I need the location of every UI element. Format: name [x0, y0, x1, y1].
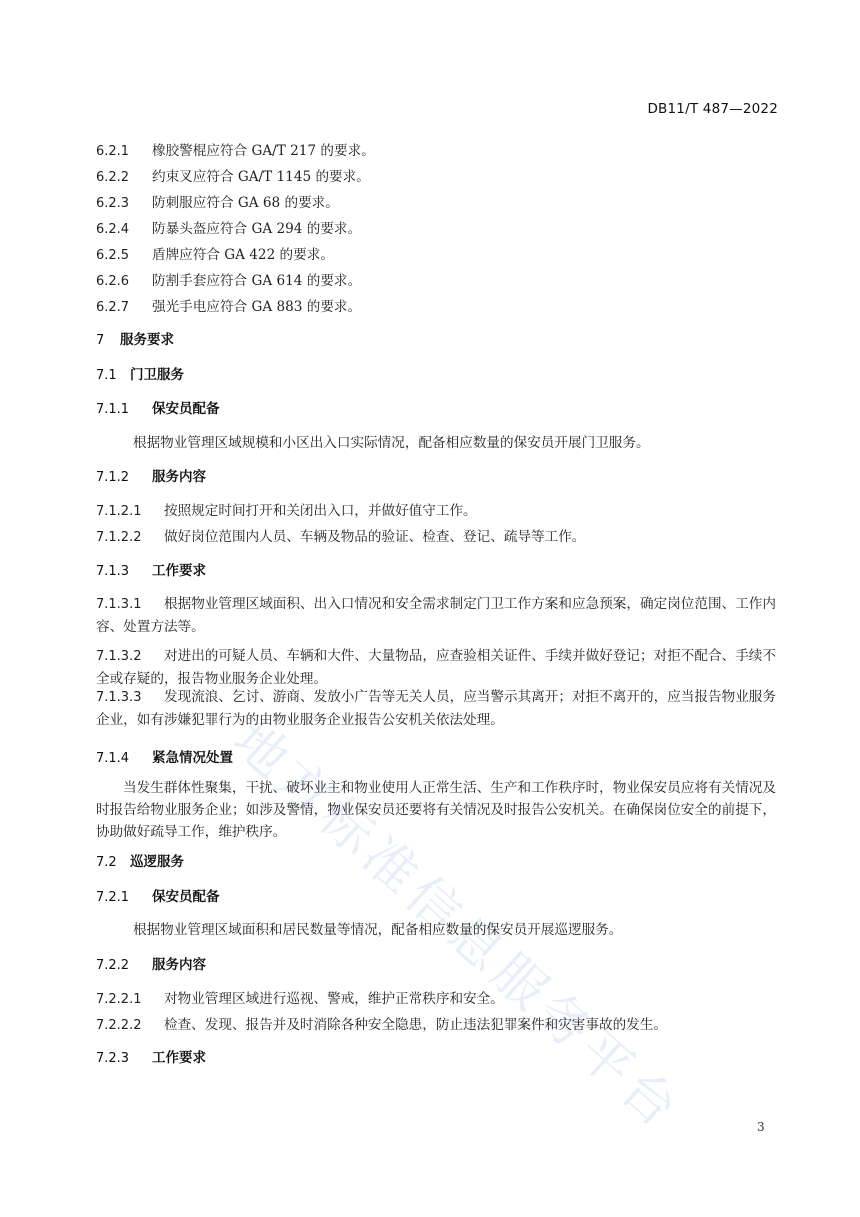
body-7-1-4: 当发生群体性聚集，干扰、破坏业主和物业使用人正常生活、生产和工作秩序时，物业保安…	[96, 777, 776, 843]
heading-7-1-3: 7.1.3工作要求	[96, 562, 206, 581]
clause-6-2-2: 6.2.2约束叉应符合 GA/T 1145 的要求。	[96, 168, 370, 187]
clause-7-1-2-2: 7.1.2.2做好岗位范围内人员、车辆及物品的验证、检查、登记、疏导等工作。	[96, 528, 585, 547]
clause-7-1-3-1: 7.1.3.1根据物业管理区域面积、出入口情况和安全需求制定门卫工作方案和应急预…	[96, 593, 776, 638]
body-7-1-1: 根据物业管理区域规模和小区出入口实际情况，配备相应数量的保安员开展门卫服务。	[133, 434, 650, 452]
clause-6-2-5: 6.2.5盾牌应符合 GA 422 的要求。	[96, 246, 334, 265]
clause-7-2-2-1: 7.2.2.1对物业管理区域进行巡视、警戒，维护正常秩序和安全。	[96, 990, 504, 1009]
clause-6-2-4: 6.2.4防暴头盔应符合 GA 294 的要求。	[96, 220, 361, 239]
heading-7-1-4: 7.1.4紧急情况处置	[96, 749, 233, 768]
clause-6-2-1: 6.2.1橡胶警棍应符合 GA/T 217 的要求。	[96, 142, 375, 161]
clause-6-2-3: 6.2.3防刺服应符合 GA 68 的要求。	[96, 194, 339, 213]
heading-7: 7服务要求	[96, 331, 174, 350]
heading-7-1-2: 7.1.2服务内容	[96, 468, 206, 487]
page-number: 3	[757, 1120, 765, 1134]
heading-7-2-1: 7.2.1保安员配备	[96, 888, 220, 907]
document-page: 地方标准信息服务平台 DB11/T 487—2022 6.2.1橡胶警棍应符合 …	[0, 0, 860, 1217]
heading-7-2-2: 7.2.2服务内容	[96, 956, 206, 975]
body-7-2-1: 根据物业管理区域面积和居民数量等情况，配备相应数量的保安员开展巡逻服务。	[133, 921, 622, 939]
clause-7-2-2-2: 7.2.2.2检查、发现、报告并及时消除各种安全隐患，防止违法犯罪案件和灾害事故…	[96, 1016, 667, 1035]
clause-7-1-2-1: 7.1.2.1按照规定时间打开和关闭出入口，并做好值守工作。	[96, 502, 477, 521]
standard-code: DB11/T 487—2022	[647, 101, 778, 117]
heading-7-2: 7.2巡逻服务	[96, 853, 184, 872]
heading-7-1: 7.1门卫服务	[96, 366, 184, 385]
heading-7-1-1: 7.1.1保安员配备	[96, 400, 220, 419]
heading-7-2-3: 7.2.3工作要求	[96, 1049, 206, 1068]
clause-6-2-6: 6.2.6防割手套应符合 GA 614 的要求。	[96, 272, 361, 291]
clause-7-1-3-3: 7.1.3.3发现流浪、乞讨、游商、发放小广告等无关人员，应当警示其离开；对拒不…	[96, 686, 776, 731]
clause-6-2-7: 6.2.7强光手电应符合 GA 883 的要求。	[96, 298, 361, 317]
clause-7-1-3-2: 7.1.3.2对进出的可疑人员、车辆和大件、大量物品，应查验相关证件、手续并做好…	[96, 645, 776, 690]
